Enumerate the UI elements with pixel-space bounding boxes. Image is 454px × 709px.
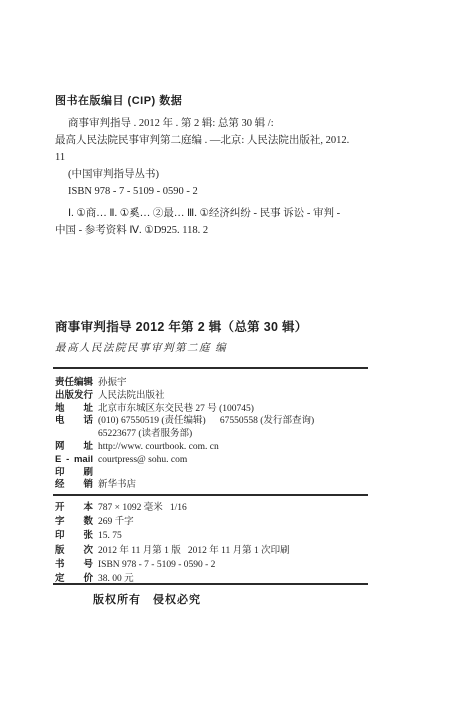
info-label: E - mail (55, 454, 93, 467)
spec-value: 787 × 1092 毫米 1/16 (98, 502, 187, 515)
info-row-phone-cont: 65223677 (读者服务部) (55, 428, 415, 441)
cip-title-line: 商事审判指导 . 2012 年 . 第 2 辑: 总第 30 辑 /: (55, 115, 385, 132)
info-value: 北京市东城区东交民巷 27 号 (100745) (98, 403, 254, 416)
cip-classification-line-1: Ⅰ. ①商… Ⅱ. ①奚… ②最… Ⅲ. ①经济纠纷 - 民事 诉讼 - 审判 … (55, 205, 385, 222)
cip-isbn-line: ISBN 978 - 7 - 5109 - 0590 - 2 (55, 183, 385, 200)
info-value: (010) 67550519 (责任编辑) 67550558 (发行部查询) (98, 415, 314, 428)
spec-label: 开 本 (55, 501, 93, 514)
cip-series-note: (中国审判指导丛书) (55, 166, 385, 183)
cip-block: 图书在版编目 (CIP) 数据 商事审判指导 . 2012 年 . 第 2 辑:… (55, 92, 385, 239)
spec-value: ISBN 978 - 7 - 5109 - 0590 - 2 (98, 559, 215, 572)
title-block: 商事审判指导 2012 年第 2 辑（总第 30 辑） 最高人民法院民事审判第二… (55, 317, 395, 355)
publisher-info-block: 责任编辑 孙振宇 出版发行 人民法院出版社 地 址 北京市东城区东交民巷 27 … (55, 377, 415, 492)
info-row-distributor: 经 销 新华书店 (55, 479, 415, 492)
info-value: 新华书店 (98, 479, 136, 492)
cip-publisher-line: 最高人民法院民事审判第二庭编 . —北京: 人民法院出版社, 2012. (55, 132, 385, 149)
spec-label: 版 次 (55, 544, 93, 557)
cip-year-line: 11 (55, 149, 385, 166)
info-row-publisher: 出版发行 人民法院出版社 (55, 390, 415, 403)
spec-row-word-count: 字 数 269 千字 (55, 515, 415, 529)
print-specs-block: 开 本 787 × 1092 毫米 1/16 字 数 269 千字 印 张 15… (55, 501, 415, 586)
info-row-email: E - mail courtpress@ sohu. com (55, 454, 415, 467)
info-label: 责任编辑 (55, 377, 93, 390)
spec-row-format: 开 本 787 × 1092 毫米 1/16 (55, 501, 415, 515)
spec-row-isbn: 书 号 ISBN 978 - 7 - 5109 - 0590 - 2 (55, 558, 415, 572)
info-row-address: 地 址 北京市东城区东交民巷 27 号 (100745) (55, 403, 415, 416)
spec-value: 269 千字 (98, 516, 134, 529)
info-value: 孙振宇 (98, 377, 127, 390)
cip-classification-line-2: 中国 - 参考资料 Ⅳ. ①D925. 118. 2 (55, 222, 385, 239)
info-label: 电 话 (55, 415, 93, 428)
divider-rule-bottom (53, 583, 368, 585)
info-row-phone: 电 话 (010) 67550519 (责任编辑) 67550558 (发行部查… (55, 415, 415, 428)
divider-rule-middle (53, 494, 368, 496)
info-label: 网 址 (55, 441, 93, 454)
info-label: 印 刷 (55, 467, 93, 480)
spec-row-sheets: 印 张 15. 75 (55, 529, 415, 543)
editor-line: 最高人民法院民事审判第二庭 编 (55, 340, 395, 355)
spec-label: 字 数 (55, 515, 93, 528)
info-row-printer: 印 刷 (55, 467, 415, 480)
copyright-page: 图书在版编目 (CIP) 数据 商事审判指导 . 2012 年 . 第 2 辑:… (0, 0, 454, 709)
spec-label: 印 张 (55, 529, 93, 542)
info-label: 经 销 (55, 479, 93, 492)
info-value: 人民法院出版社 (98, 390, 165, 403)
spec-value: 15. 75 (98, 530, 122, 543)
divider-rule-top (53, 367, 368, 369)
info-row-website: 网 址 http://www. courtbook. com. cn (55, 441, 415, 454)
info-value: 65223677 (读者服务部) (98, 428, 192, 441)
spec-label: 书 号 (55, 558, 93, 571)
info-value: http://www. courtbook. com. cn (98, 441, 219, 454)
copyright-notice: 版权所有 侵权必究 (93, 591, 201, 607)
spec-row-edition: 版 次 2012 年 11 月第 1 版 2012 年 11 月第 1 次印刷 (55, 544, 415, 558)
info-row-editor: 责任编辑 孙振宇 (55, 377, 415, 390)
book-title: 商事审判指导 2012 年第 2 辑（总第 30 辑） (55, 317, 395, 335)
cip-heading: 图书在版编目 (CIP) 数据 (55, 92, 385, 108)
info-label: 出版发行 (55, 390, 93, 403)
info-label: 地 址 (55, 403, 93, 416)
spec-value: 2012 年 11 月第 1 版 2012 年 11 月第 1 次印刷 (98, 545, 290, 558)
info-value: courtpress@ sohu. com (98, 454, 187, 467)
